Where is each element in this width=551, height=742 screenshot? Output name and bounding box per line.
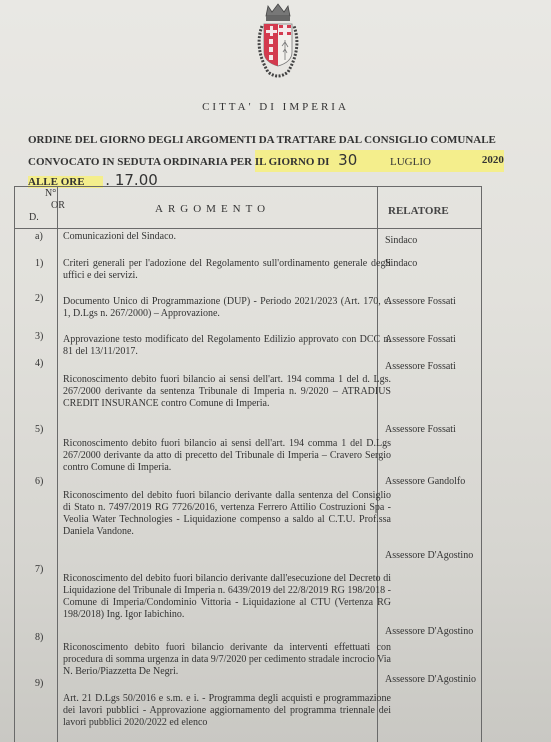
row-topic: Art. 21 D.Lgs 50/2016 e s.m. e i. - Prog… (63, 693, 391, 729)
date-year: 2020 (482, 150, 504, 170)
row-speaker: Assessore Fossati (385, 296, 456, 307)
row-topic: Riconoscimento debito fuori bilancio der… (63, 642, 391, 678)
row-topic: Documento Unico di Programmazione (DUP) … (63, 296, 391, 320)
heading-line-1: ORDINE DEL GIORNO DEGLI ARGOMENTI DA TRA… (28, 130, 528, 150)
row-speaker: Assessore Gandolfo (385, 476, 465, 487)
row-number: 3) (35, 331, 43, 342)
column-header-number: N° OR D. (29, 188, 65, 224)
row-number: 2) (35, 293, 43, 304)
row-topic: Riconoscimento debito fuori bilancio ai … (63, 438, 391, 474)
city-name: CITTA' DI IMPERIA (0, 101, 551, 113)
column-header-speaker: RELATORE (388, 205, 449, 217)
row-number: 1) (35, 258, 43, 269)
date-label: IL GIORNO DI (255, 156, 330, 168)
heading-prefix: CONVOCATO IN SEDUTA ORDINARIA PER (28, 156, 255, 168)
row-speaker: Sindaco (385, 235, 417, 246)
row-number: 8) (35, 632, 43, 643)
row-number: 9) (35, 678, 43, 689)
row-topic: Approvazione testo modificato del Regola… (63, 334, 391, 358)
date-day: 30 (338, 151, 357, 169)
row-number: a) (35, 231, 43, 242)
row-number: 7) (35, 564, 43, 575)
row-speaker: Assessore D'Agostinio (385, 674, 476, 685)
column-header-topic: ARGOMENTO (155, 203, 270, 215)
heading-line-2: CONVOCATO IN SEDUTA ORDINARIA PER IL GIO… (28, 150, 528, 170)
date-month: LUGLIO (390, 156, 431, 168)
row-number: 5) (35, 424, 43, 435)
row-topic: Riconoscimento del debito fuori bilancio… (63, 490, 391, 538)
row-number: 6) (35, 476, 43, 487)
document-page: CITTA' DI IMPERIA ORDINE DEL GIORNO DEGL… (0, 0, 551, 742)
row-speaker: Assessore D'Agostino (385, 550, 473, 561)
row-topic: Criteri generali per l'adozione del Rego… (63, 258, 391, 282)
row-speaker: Assessore D'Agostino (385, 626, 473, 637)
row-topic: Riconoscimento debito fuori bilancio ai … (63, 374, 391, 410)
row-number: 4) (35, 358, 43, 369)
row-topic: Riconoscimento del debito fuori bilancio… (63, 573, 391, 621)
row-speaker: Assessore Fossati (385, 424, 456, 435)
row-speaker: Assessore Fossati (385, 361, 456, 372)
agenda-table: N° OR D. ARGOMENTO RELATORE a) Comunicaz… (14, 186, 482, 742)
coat-of-arms-icon (252, 2, 304, 84)
row-speaker: Sindaco (385, 258, 417, 269)
row-topic: Comunicazioni del Sindaco. (63, 231, 391, 243)
row-speaker: Assessore Fossati (385, 334, 456, 345)
agenda-heading: ORDINE DEL GIORNO DEGLI ARGOMENTI DA TRA… (28, 130, 528, 190)
